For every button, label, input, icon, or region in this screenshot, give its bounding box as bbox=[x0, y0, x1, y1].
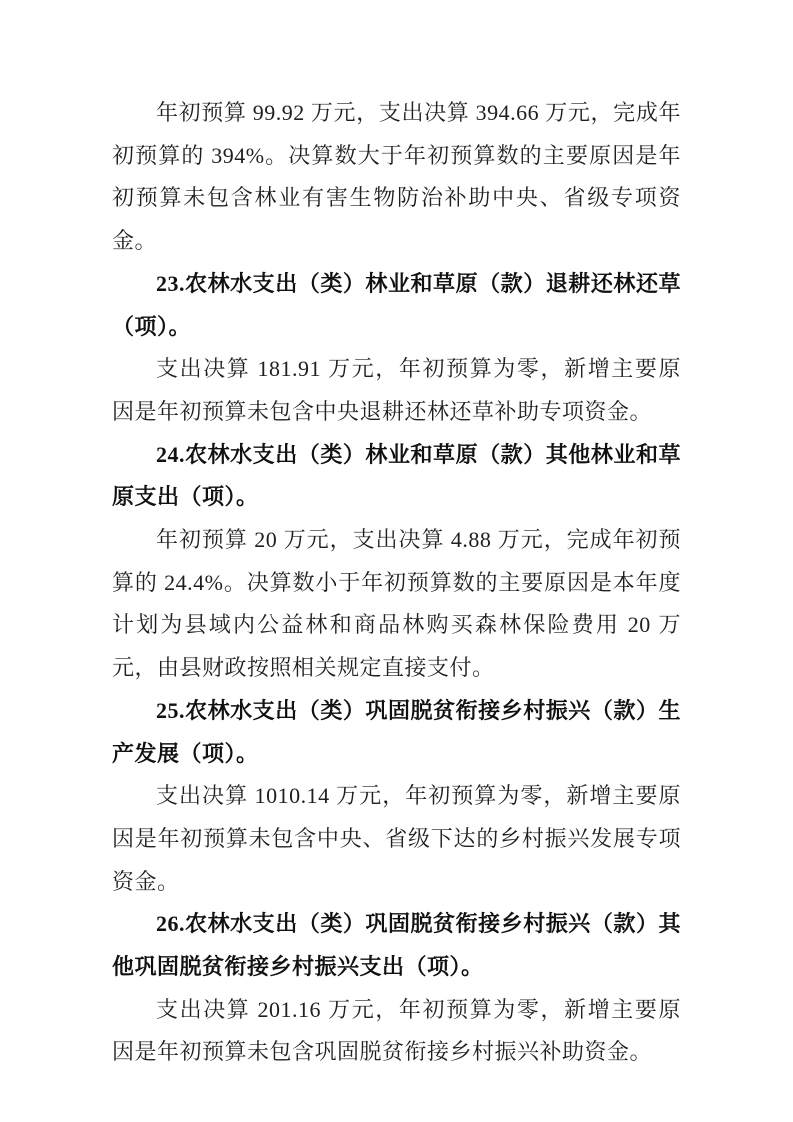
body-paragraph: 支出决算 201.16 万元，年初预算为零，新增主要原因是年初预算未包含巩固脱贫… bbox=[112, 989, 681, 1074]
body-paragraph: 年初预算 20 万元，支出决算 4.88 万元，完成年初预算的 24.4%。决算… bbox=[112, 519, 681, 690]
section-heading-23: 23.农林水支出（类）林业和草原（款）退耕还林还草（项）。 bbox=[112, 263, 681, 348]
document-page: 年初预算 99.92 万元，支出决算 394.66 万元，完成年初预算的 394… bbox=[0, 0, 793, 1122]
section-heading-26: 26.农林水支出（类）巩固脱贫衔接乡村振兴（款）其他巩固脱贫衔接乡村振兴支出（项… bbox=[112, 903, 681, 988]
document-body: 年初预算 99.92 万元，支出决算 394.66 万元，完成年初预算的 394… bbox=[112, 92, 681, 1074]
section-heading-24: 24.农林水支出（类）林业和草原（款）其他林业和草原支出（项）。 bbox=[112, 434, 681, 519]
body-paragraph: 支出决算 1010.14 万元，年初预算为零，新增主要原因是年初预算未包含中央、… bbox=[112, 775, 681, 903]
section-heading-25: 25.农林水支出（类）巩固脱贫衔接乡村振兴（款）生产发展（项）。 bbox=[112, 690, 681, 775]
body-paragraph: 年初预算 99.92 万元，支出决算 394.66 万元，完成年初预算的 394… bbox=[112, 92, 681, 263]
body-paragraph: 支出决算 181.91 万元，年初预算为零，新增主要原因是年初预算未包含中央退耕… bbox=[112, 348, 681, 433]
